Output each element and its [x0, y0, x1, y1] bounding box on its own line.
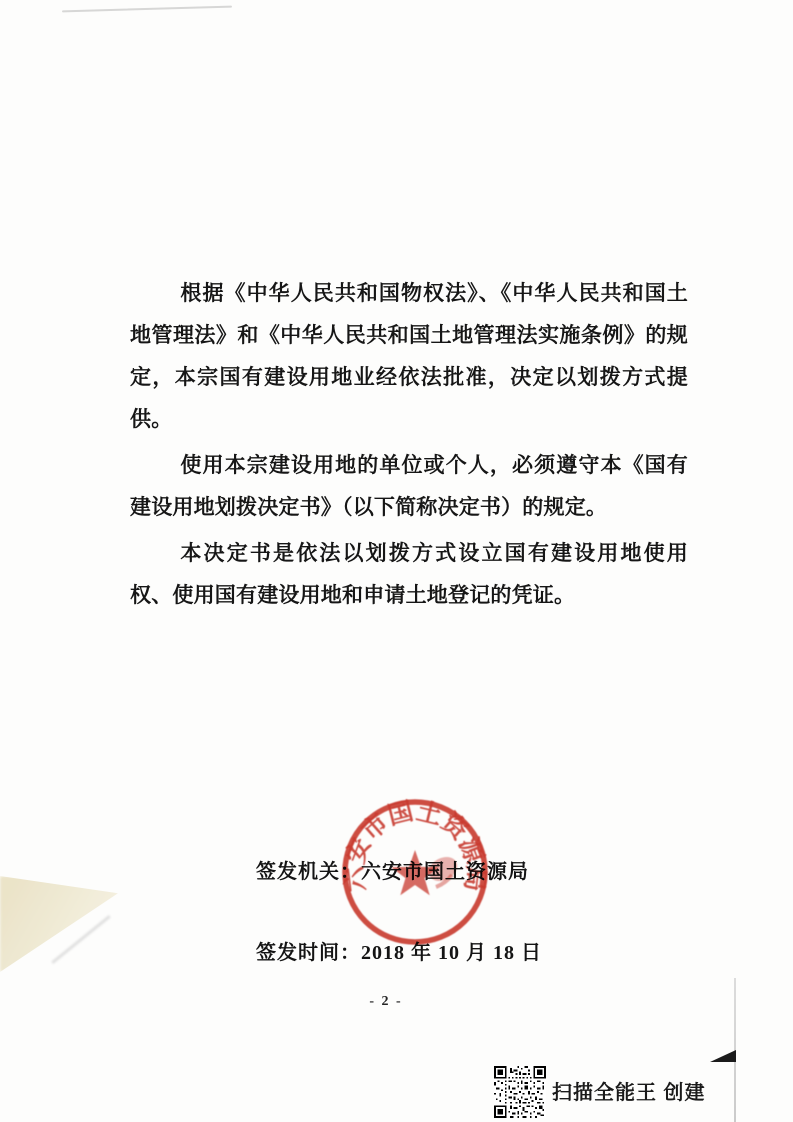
document-body: 根据《中华人民共和国物权法》、《中华人民共和国土地管理法》和《中华人民共和国土地…	[130, 272, 688, 620]
page-number: - 2 -	[0, 994, 772, 1010]
page-corner-wedge	[710, 1050, 736, 1062]
scanned-page: 根据《中华人民共和国物权法》、《中华人民共和国土地管理法》和《中华人民共和国土地…	[0, 0, 793, 1122]
paragraph-obligation: 使用本宗建设用地的单位或个人，必须遵守本《国有建设用地划拨决定书》（以下简称决定…	[130, 444, 688, 528]
qr-code-icon	[494, 1066, 546, 1118]
paragraph-legal-basis: 根据《中华人民共和国物权法》、《中华人民共和国土地管理法》和《中华人民共和国土地…	[130, 272, 688, 440]
scan-artifact-line	[62, 6, 232, 13]
scanner-watermark-label: 扫描全能王 创建	[552, 1076, 706, 1105]
seal-smudge	[425, 852, 462, 886]
official-seal-stamp-icon: 六安市国土资源局	[340, 797, 490, 947]
paragraph-certificate: 本决定书是依法以划拨方式设立国有建设用地使用权、使用国有建设用地和申请土地登记的…	[130, 532, 688, 616]
